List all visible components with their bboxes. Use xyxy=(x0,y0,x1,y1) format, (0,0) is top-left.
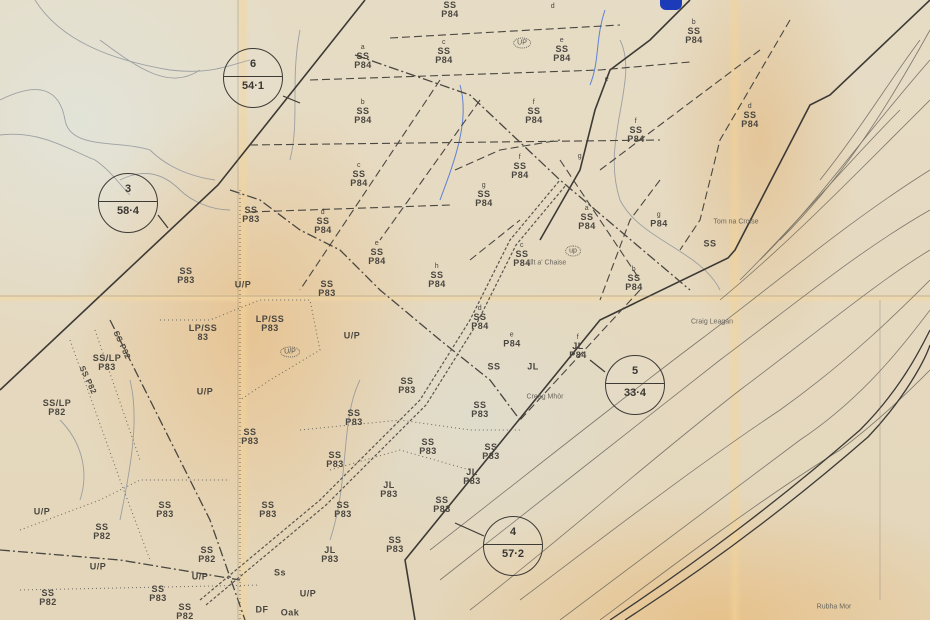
planting-year: P83 xyxy=(482,452,500,461)
planting-year: P83 xyxy=(463,477,481,486)
planting-year: 83 xyxy=(189,333,218,342)
stand-label: bSSP84 xyxy=(354,99,372,125)
stand-label: aSSP84 xyxy=(578,205,596,231)
planting-year: P83 xyxy=(398,386,416,395)
compartment-area: 57·2 xyxy=(484,548,542,560)
stand-label: SS/LPP82 xyxy=(43,399,72,417)
compartment-marker: 457·2 xyxy=(483,516,543,576)
compartment-number: 3 xyxy=(99,183,157,195)
stand-label: SSP83 xyxy=(241,428,259,446)
compartment-number: 5 xyxy=(606,365,664,377)
subcompartment-letter: d xyxy=(551,3,555,11)
stand-label: fSSP84 xyxy=(511,154,529,180)
stand-label: dSSP84 xyxy=(471,305,489,331)
stand-label: SSP84 xyxy=(441,1,459,19)
species-code: SS xyxy=(703,240,716,249)
planting-year: P83 xyxy=(321,555,339,564)
compartment-marker: 654·1 xyxy=(223,48,283,108)
species-code: U/P xyxy=(300,590,317,599)
planting-year: P82 xyxy=(198,555,216,564)
subcompartment-boundaries xyxy=(20,190,520,620)
stand-label: e xyxy=(605,76,609,84)
species-code: U/P xyxy=(197,388,214,397)
species-code: U/P xyxy=(235,281,252,290)
planting-year: P82 xyxy=(43,408,72,417)
planting-year: P83 xyxy=(334,510,352,519)
stand-label: eP84 xyxy=(503,332,521,349)
compartment-divider xyxy=(99,201,157,202)
planting-year: P84 xyxy=(627,135,645,144)
planting-year: P84 xyxy=(368,257,386,266)
stand-label: U/P xyxy=(192,573,209,582)
stand-label: U/P xyxy=(235,281,252,290)
stand-label: bSSP84 xyxy=(625,266,643,292)
stand-label: SSP83 xyxy=(398,377,416,395)
stand-label: U/P xyxy=(90,563,107,572)
stand-label: SSP82 xyxy=(39,589,57,607)
forestry-stock-map: SSP84daSSP84cSSP84eSSP84bSSP84ebSSP84fSS… xyxy=(0,0,930,620)
planting-year: P84 xyxy=(569,351,587,360)
planting-year: P83 xyxy=(259,510,277,519)
stand-label: cSSP84 xyxy=(350,162,368,188)
stand-label: SS/LPP83 xyxy=(93,354,122,372)
unplanted-oval: UP xyxy=(513,38,531,49)
compartment-divider xyxy=(484,544,542,545)
stand-label: U/P xyxy=(300,590,317,599)
planting-year: P83 xyxy=(386,545,404,554)
planting-year: P83 xyxy=(156,510,174,519)
stand-label: SSP83 xyxy=(242,206,260,224)
planting-year: P83 xyxy=(318,289,336,298)
compartment-marker: 358·4 xyxy=(98,173,158,233)
planting-year: P83 xyxy=(345,418,363,427)
stand-label: Ss xyxy=(274,569,286,578)
planting-year: P84 xyxy=(625,283,643,292)
stand-label: SSP83 xyxy=(326,451,344,469)
planting-year: P84 xyxy=(511,171,529,180)
species-code: JL xyxy=(527,363,539,372)
stand-label: SSP82 xyxy=(176,603,194,620)
stand-label: SSP83 xyxy=(419,438,437,456)
stand-label: cSSP84 xyxy=(435,39,453,65)
planting-year: P83 xyxy=(471,410,489,419)
stand-label: SSP83 xyxy=(318,280,336,298)
stand-label: U/P xyxy=(344,332,361,341)
planting-year: P84 xyxy=(441,10,459,19)
stand-label: JLP83 xyxy=(380,481,398,499)
stand-label: eSSP84 xyxy=(368,240,386,266)
planting-year: P84 xyxy=(354,116,372,125)
planting-year: P84 xyxy=(685,36,703,45)
planting-year: P82 xyxy=(39,598,57,607)
planting-year: P84 xyxy=(354,61,372,70)
stand-label: fSSP84 xyxy=(627,118,645,144)
planting-year: P83 xyxy=(433,505,451,514)
stand-label: SSP83 xyxy=(345,409,363,427)
unplanted-oval: up xyxy=(565,246,581,257)
planting-year: P83 xyxy=(419,447,437,456)
stand-label: Oak xyxy=(281,609,300,618)
planting-year: P84 xyxy=(471,322,489,331)
planting-year: P83 xyxy=(380,490,398,499)
compartment-divider xyxy=(224,76,282,77)
stand-label: hSSP84 xyxy=(428,263,446,289)
planting-year: P84 xyxy=(503,340,521,349)
species-code: DF xyxy=(256,606,269,615)
stand-label: SSP83 xyxy=(433,496,451,514)
ink-mark xyxy=(660,0,682,10)
compartment-number: 4 xyxy=(484,526,542,538)
species-code: U/P xyxy=(192,573,209,582)
planting-year: P84 xyxy=(741,120,759,129)
planting-year: P84 xyxy=(578,222,596,231)
map-linework xyxy=(0,0,930,620)
stand-label: SS xyxy=(703,240,716,249)
subcompartment-letter: g xyxy=(578,153,582,161)
planting-year: P84 xyxy=(314,226,332,235)
place-name: Allt a' Chaise xyxy=(526,260,567,267)
planting-year: P84 xyxy=(650,220,668,229)
stand-label: d xyxy=(551,3,555,11)
stand-label: SSP83 xyxy=(156,501,174,519)
stand-label: SSP83 xyxy=(177,267,195,285)
species-code: SS xyxy=(487,363,500,372)
compartment-divider xyxy=(606,383,664,384)
planting-year: P83 xyxy=(242,215,260,224)
stand-label: U/P xyxy=(34,508,51,517)
stand-label: DF xyxy=(256,606,269,615)
stand-label: SSP83 xyxy=(471,401,489,419)
stand-label: bSSP84 xyxy=(685,19,703,45)
stand-label: aSSP84 xyxy=(354,44,372,70)
compartment-area: 58·4 xyxy=(99,205,157,217)
place-name: Craig Leagan xyxy=(691,319,733,326)
planting-year: P83 xyxy=(256,324,285,333)
stand-label: g xyxy=(578,153,582,161)
stand-label: JLP83 xyxy=(321,546,339,564)
species-code: U/P xyxy=(344,332,361,341)
planting-year: P83 xyxy=(326,460,344,469)
planting-year: P84 xyxy=(525,116,543,125)
stand-label: dSSP84 xyxy=(741,103,759,129)
stand-label: fJLP84 xyxy=(569,334,587,360)
streams xyxy=(0,0,720,540)
planting-year: P83 xyxy=(241,437,259,446)
stand-label: SS xyxy=(487,363,500,372)
planting-year: P84 xyxy=(428,280,446,289)
planting-year: P84 xyxy=(475,199,493,208)
compartment-area: 33·4 xyxy=(606,387,664,399)
stand-label: JLP83 xyxy=(463,468,481,486)
stand-label: SSP82 xyxy=(93,523,111,541)
stand-label: JL xyxy=(527,363,539,372)
stand-label: SSP83 xyxy=(334,501,352,519)
subcompartment-letter: e xyxy=(605,76,609,84)
species-code: Oak xyxy=(281,609,300,618)
stand-label: gP84 xyxy=(650,212,668,229)
compartment-leaders xyxy=(158,96,605,536)
stand-label: LP/SS83 xyxy=(189,324,218,342)
stand-label: SSP83 xyxy=(149,585,167,603)
planting-year: P82 xyxy=(176,612,194,620)
stand-label: U/P xyxy=(197,388,214,397)
stand-label: fSSP84 xyxy=(525,99,543,125)
stand-label: eSSP84 xyxy=(553,37,571,63)
species-code: U/P xyxy=(90,563,107,572)
place-name: Tom na Croise xyxy=(713,219,758,226)
stand-label: SSP83 xyxy=(259,501,277,519)
place-name: Creag Mhòr xyxy=(527,394,564,401)
planting-year: P84 xyxy=(435,56,453,65)
stand-label: SSP83 xyxy=(386,536,404,554)
planting-year: P84 xyxy=(553,54,571,63)
species-code: Ss xyxy=(274,569,286,578)
planting-year: P84 xyxy=(350,179,368,188)
planting-year: P83 xyxy=(93,363,122,372)
stand-label: gSSP84 xyxy=(475,182,493,208)
compartment-area: 54·1 xyxy=(224,80,282,92)
stand-label: dSSP84 xyxy=(314,209,332,235)
planting-year: P83 xyxy=(149,594,167,603)
stand-label: SSP82 xyxy=(198,546,216,564)
compartment-marker: 533·4 xyxy=(605,355,665,415)
planting-year: P83 xyxy=(177,276,195,285)
place-name: Rubha Mor xyxy=(817,604,852,611)
stand-label: SSP83 xyxy=(482,443,500,461)
stand-label: LP/SSP83 xyxy=(256,315,285,333)
compartment-number: 6 xyxy=(224,58,282,70)
unplanted-oval: U/P xyxy=(280,347,300,358)
planting-year: P82 xyxy=(93,532,111,541)
species-code: U/P xyxy=(34,508,51,517)
